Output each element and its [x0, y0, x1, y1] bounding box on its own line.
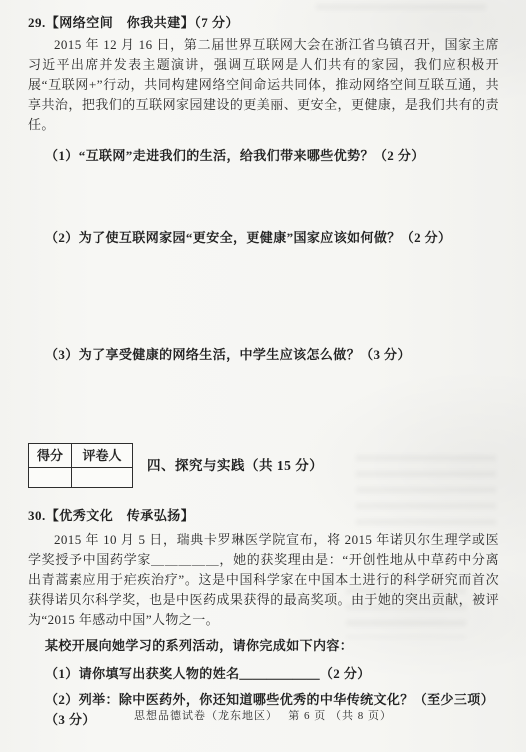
- section-4-row: 得分 评卷人 四、探究与实践（共 15 分）: [28, 443, 499, 488]
- score-table-blank-row: [29, 468, 133, 488]
- question-29-sub-2: （2）为了使互联网家园“更安全，更健康”国家应该如何做？（2 分）: [28, 228, 499, 248]
- score-table: 得分 评卷人: [28, 443, 133, 488]
- score-table-grader-cell: [72, 468, 133, 488]
- score-table-score-cell: [29, 468, 72, 488]
- page-footer: 思想品德试卷（龙东地区） 第 6 页 （共 8 页）: [0, 706, 526, 726]
- score-table-header-row: 得分 评卷人: [29, 444, 133, 468]
- question-30-title: 30.【优秀文化 传承弘扬】: [28, 506, 499, 526]
- question-30-intro: 某校开展向她学习的系列活动，请你完成如下内容：: [28, 636, 499, 656]
- section-4-title: 四、探究与实践（共 15 分）: [147, 456, 323, 476]
- question-29-paragraph: 2015 年 12 月 16 日，第二届世界互联网大会在浙江省乌镇召开，国家主席…: [28, 35, 499, 135]
- exam-page: 29.【网络空间 你我共建】（7 分） 2015 年 12 月 16 日，第二届…: [0, 0, 526, 752]
- question-29-title: 29.【网络空间 你我共建】（7 分）: [28, 13, 499, 33]
- question-30-sub-1: （1）请你填写出获奖人物的姓名＿＿＿＿＿＿（2 分）: [28, 664, 499, 684]
- question-30-paragraph: 2015 年 10 月 5 日，瑞典卡罗琳医学院宣布，将 2015 年诺贝尔生理…: [28, 530, 499, 630]
- question-29-sub-1: （1）“互联网”走进我们的生活，给我们带来哪些优势？（2 分）: [28, 146, 499, 166]
- score-table-header-grader: 评卷人: [72, 444, 133, 468]
- score-table-header-score: 得分: [29, 444, 72, 468]
- question-29-sub-3: （3）为了享受健康的网络生活，中学生应该怎么做？（3 分）: [28, 345, 499, 365]
